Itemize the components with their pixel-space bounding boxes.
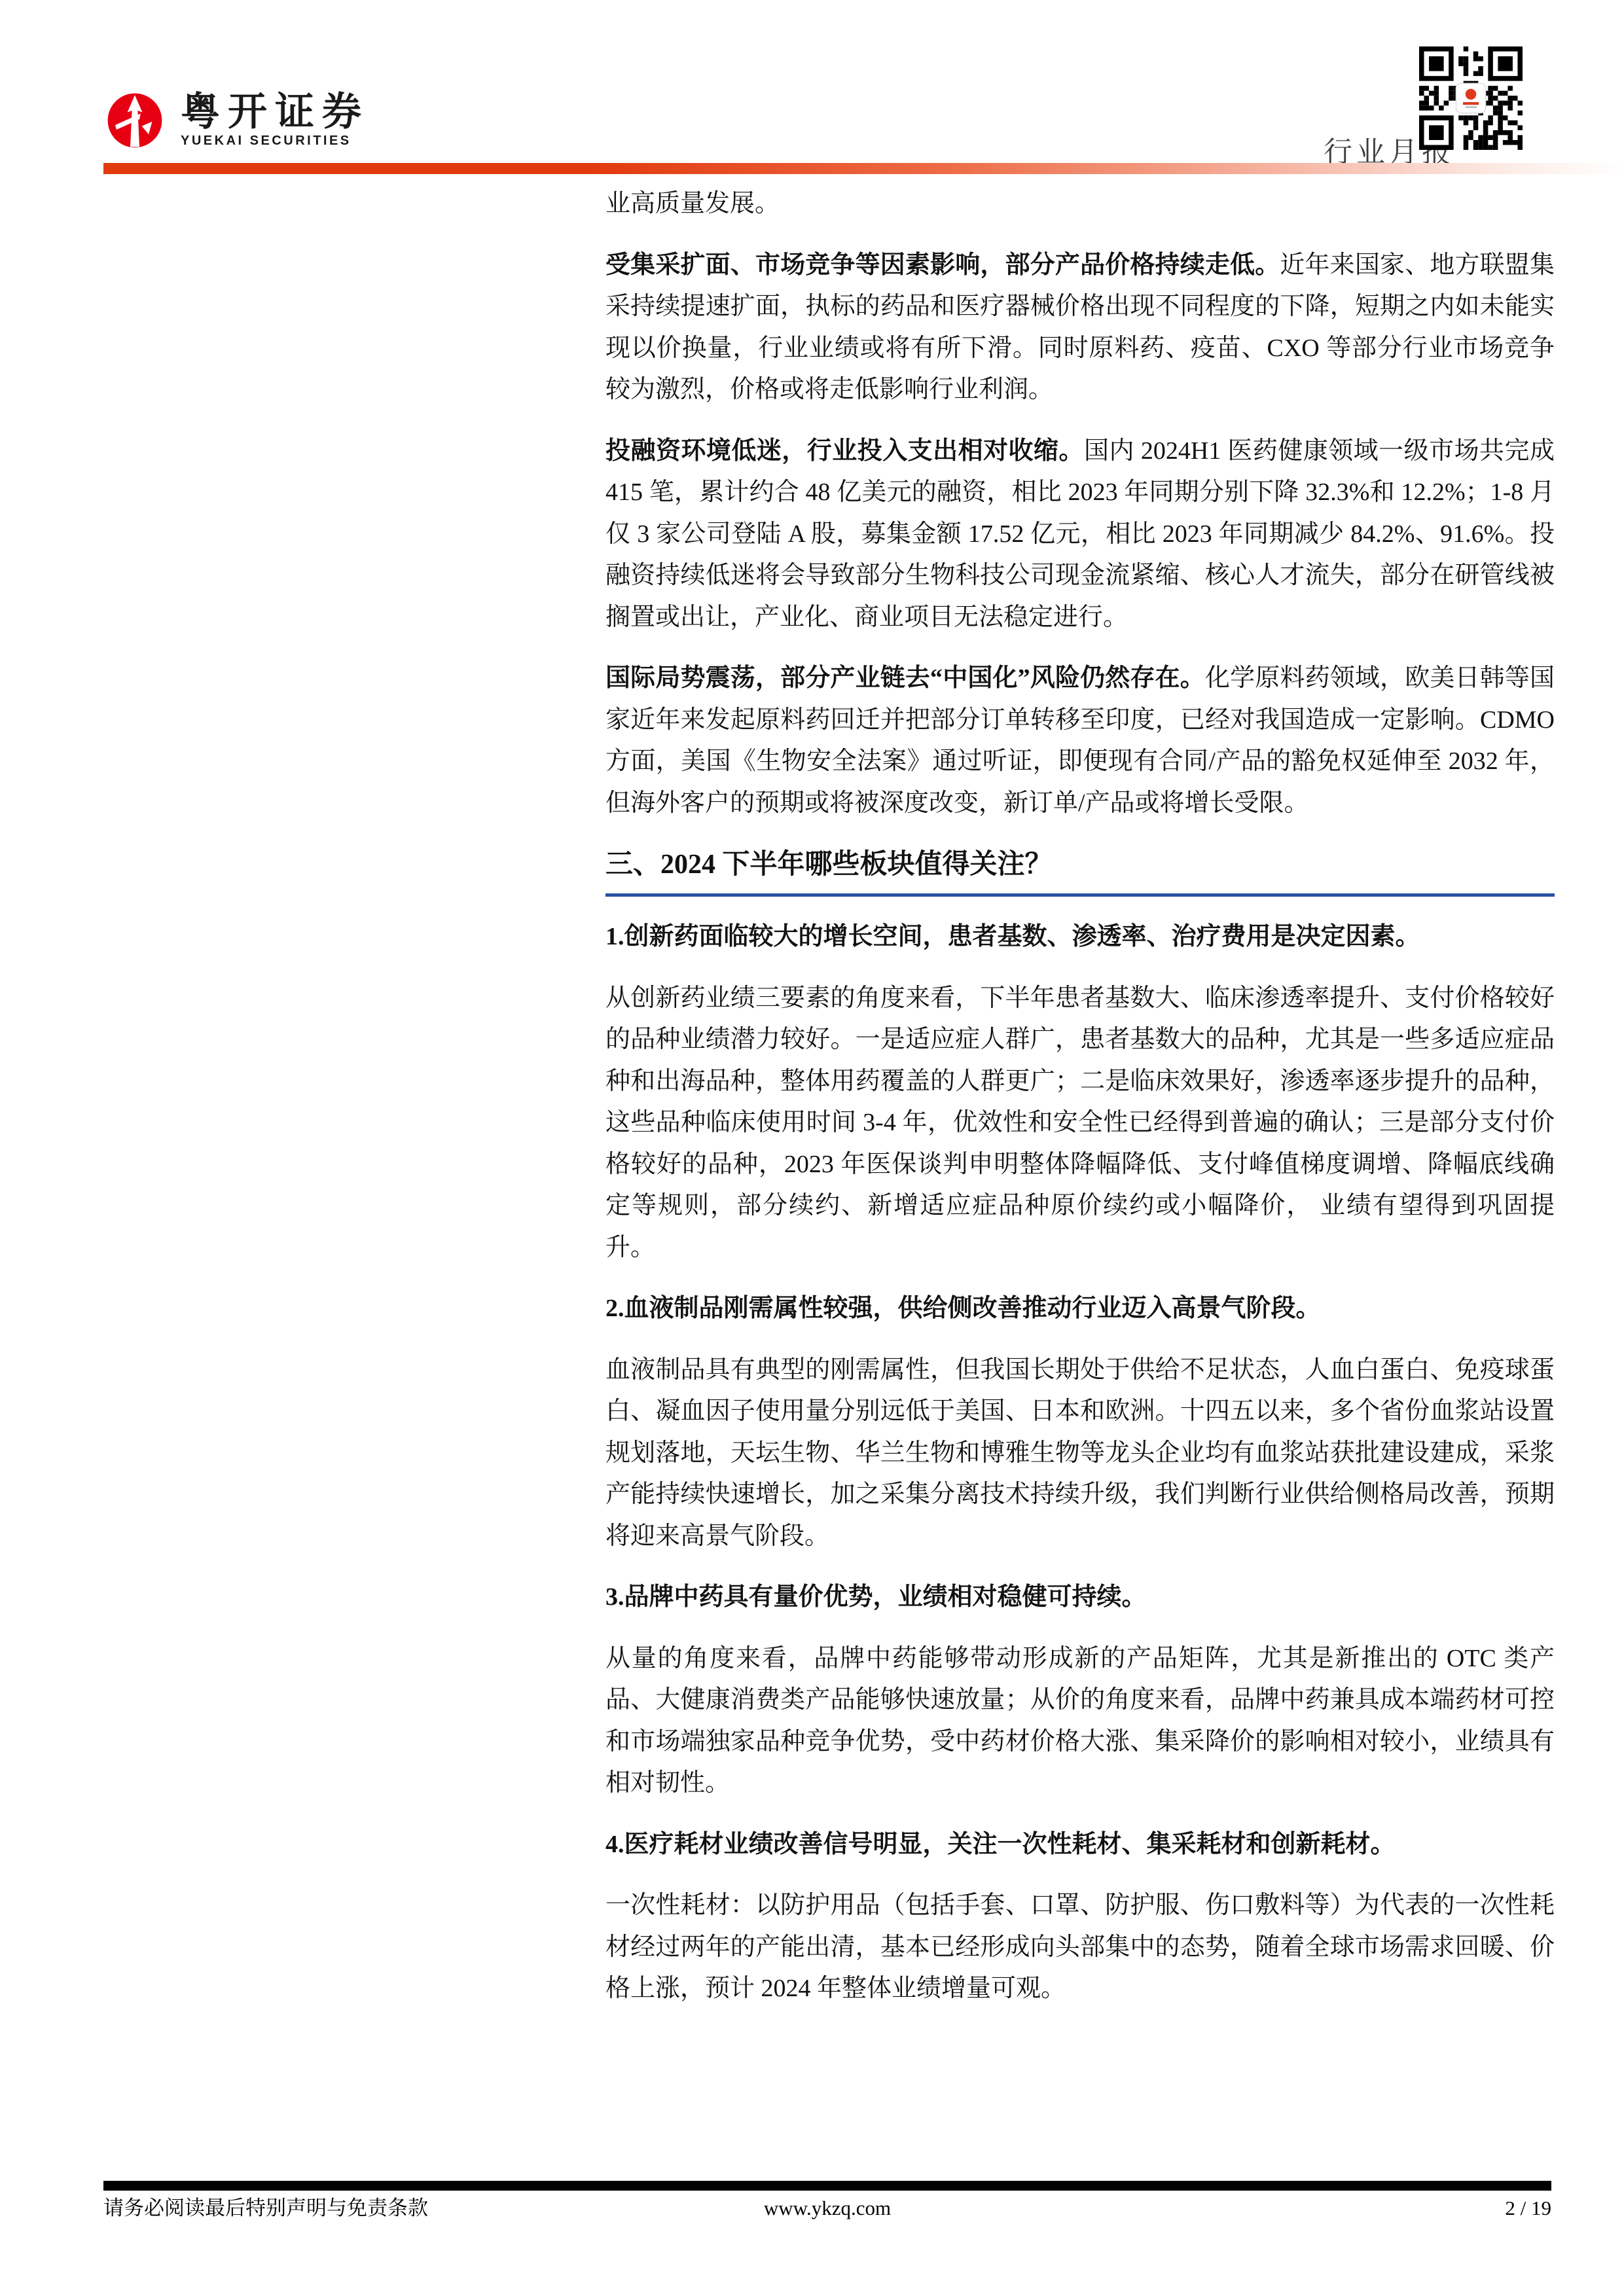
header-divider-rule xyxy=(103,163,1624,174)
report-page: 粤开证券 YUEKAI SECURITIES 行业月报 业高质量发展。受集采扩面… xyxy=(0,0,1624,2296)
body-paragraph: 从量的角度来看，品牌中药能够带动形成新的产品矩阵，尤其是新推出的 OTC 类产品… xyxy=(605,1638,1555,1804)
paragraph-lead: 投融资环境低迷，行业投入支出相对收缩。 xyxy=(605,437,1084,465)
footer-website: www.ykzq.com xyxy=(103,2194,1551,2223)
body-paragraph: 国际局势震荡，部分产业链去“中国化”风险仍然存在。化学原料药领域，欧美日韩等国家… xyxy=(605,658,1555,824)
section-heading: 三、2024 下半年哪些板块值得关注？ xyxy=(605,844,1555,897)
sub-heading: 2.血液制品刚需属性较强，供给侧改善推动行业迈入高景气阶段。 xyxy=(605,1288,1555,1330)
logo-text: 粤开证券 YUEKAI SECURITIES xyxy=(181,92,369,149)
company-logo: 粤开证券 YUEKAI SECURITIES xyxy=(105,92,369,149)
content: 业高质量发展。受集采扩面、市场竞争等因素影响，部分产品价格持续走低。近年来国家、… xyxy=(605,183,1555,2030)
body-paragraph: 业高质量发展。 xyxy=(605,183,1555,225)
body-paragraph: 受集采扩面、市场竞争等因素影响，部分产品价格持续走低。近年来国家、地方联盟集采持… xyxy=(605,245,1555,411)
footer-divider-bar xyxy=(103,2181,1551,2191)
sub-heading: 3.品牌中药具有量价优势，业绩相对稳健可持续。 xyxy=(605,1577,1555,1619)
paragraph-lead: 国际局势震荡，部分产业链去“中国化”风险仍然存在。 xyxy=(605,664,1205,692)
sub-heading: 1.创新药面临较大的增长空间，患者基数、渗透率、治疗费用是决定因素。 xyxy=(605,916,1555,958)
paragraph-lead: 受集采扩面、市场竞争等因素影响，部分产品价格持续走低。 xyxy=(605,251,1280,279)
footer: 请务必阅读最后特别声明与免责条款 www.ykzq.com 2 / 19 xyxy=(103,2194,1551,2223)
brand-name-cn: 粤开证券 xyxy=(181,92,369,132)
qr-code xyxy=(1419,43,1523,153)
body-paragraph: 血液制品具有典型的刚需属性，但我国长期处于供给不足状态，人血白蛋白、免疫球蛋白、… xyxy=(605,1350,1555,1558)
body-paragraph: 一次性耗材：以防护用品（包括手套、口罩、防护服、伤口敷料等）为代表的一次性耗材经… xyxy=(605,1885,1555,2010)
sub-heading: 4.医疗耗材业绩改善信号明显，关注一次性耗材、集采耗材和创新耗材。 xyxy=(605,1824,1555,1866)
footer-page-number: 2 / 19 xyxy=(1505,2194,1551,2223)
brand-name-en: YUEKAI SECURITIES xyxy=(181,132,369,149)
body-paragraph: 从创新药业绩三要素的角度来看，下半年患者基数大、临床渗透率提升、支付价格较好的品… xyxy=(605,978,1555,1269)
body-paragraph: 投融资环境低迷，行业投入支出相对收缩。国内 2024H1 医药健康领域一级市场共… xyxy=(605,431,1555,639)
logo-icon xyxy=(105,92,165,149)
